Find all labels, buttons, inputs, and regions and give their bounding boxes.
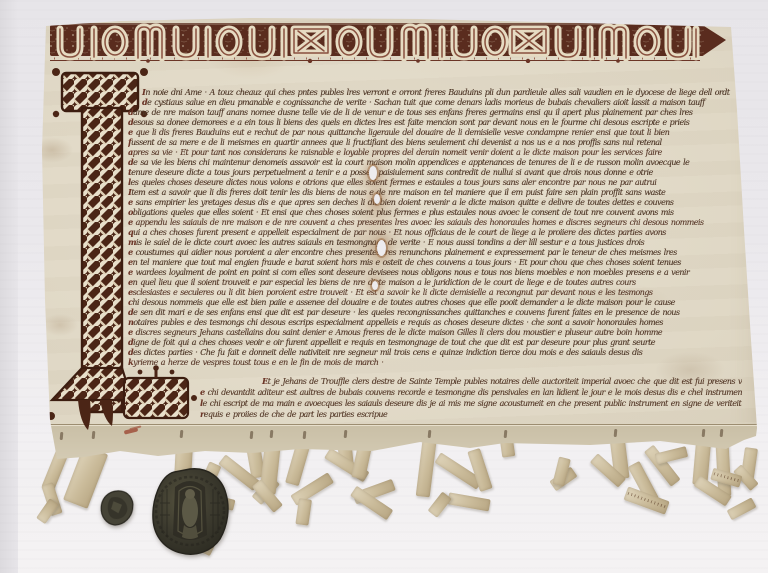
parchment-hole (377, 240, 386, 256)
notarial-line: Et je Jehans de Trouffle clers destre de… (200, 376, 742, 387)
manuscript-line: e que li dis freres Bauduins eut e rechu… (128, 127, 732, 137)
manuscript-line: In noie dni Ame · A touz cheauz qui ches… (128, 87, 738, 97)
charter-text-block: In noie dni Ame · A touz cheauz qui ches… (128, 87, 742, 367)
manuscript-line: des dictes parties · Che fu fait e donne… (128, 347, 737, 357)
seal-tag-strip (654, 446, 688, 464)
seal-tag-strip (416, 436, 437, 497)
manuscript-line: kyrieme a herze de vespres toust tous e … (128, 357, 552, 367)
manuscript-line: obligations queles que elles soient · Et… (128, 207, 742, 217)
manuscript-line: dame de nre maison tauff anans nomee dus… (128, 107, 737, 117)
notarial-line: e chi devantdit aditeur est aultres de b… (200, 387, 742, 398)
manuscript-line: les queles choses deseure dictes nous vo… (128, 177, 732, 187)
manuscript-line: de cystiaus salue en dieu pmanable e cog… (128, 97, 742, 107)
seal-tag-strip (428, 492, 452, 518)
manuscript-line: en tel maniere que tout mal engien fraud… (128, 257, 737, 267)
parchment-hole (369, 166, 377, 180)
manuscript-line: e coustumes qui aidier nous poroient a a… (128, 247, 742, 257)
notarial-line: requis e proiies de che de part les part… (200, 409, 650, 420)
manuscript-line: esclesiastes e seculeres ou li dit bien … (128, 287, 737, 297)
manuscript-line: notaires publes e des tesmongs chi desou… (128, 317, 737, 327)
seal-fragment (96, 486, 139, 534)
manuscript-line: tenure deseure dicte a tous jours perpet… (128, 167, 737, 177)
photo-backdrop: In noie dni Ame · A touz cheauz qui ches… (0, 0, 768, 573)
manuscript-line: e discres segneurs Jehans castellains do… (128, 327, 732, 337)
manuscript-line: digne de foit qui a ches choses veoir e … (128, 337, 742, 347)
manuscript-line: Item est a savoir que li dis freres doit… (128, 187, 742, 197)
manuscript-line: de sa vie les biens chi maintenur denome… (128, 157, 742, 167)
manuscript-line: de sen dit mari e de ses enfans ensi que… (128, 307, 742, 317)
parchment-hole (372, 281, 378, 290)
manuscript-line: fussent de sa mere e de li meismes en qu… (128, 137, 737, 147)
seal-tag-strip (295, 498, 311, 526)
wax-seal (150, 467, 230, 559)
manuscript-line: e sans empirier les yretages desus dis e… (128, 197, 737, 207)
seal-tag-strip (447, 492, 490, 511)
ornamental-header-band (48, 21, 728, 63)
manuscript-line: en quel lieu que il soient trouveit e pa… (128, 277, 732, 287)
parchment-hole (374, 194, 380, 204)
manuscript-line: qui a ches choses furent present e appel… (128, 227, 732, 237)
manuscript-line: e appendu les saiauls de nre maison e de… (128, 217, 742, 227)
manuscript-line: mis le saiel de le dicte court avoec les… (128, 237, 742, 247)
seal-tag-strip (727, 497, 757, 520)
notarial-line: le chi escript de ma main e avoecques le… (200, 398, 742, 409)
manuscript-line: chi desous nommeis que elle est bien pai… (128, 297, 742, 307)
manuscript-line: desous sa donee demorees e a ein tous li… (128, 117, 742, 127)
notarial-subscription: Et je Jehans de Trouffle clers destre de… (200, 376, 742, 420)
manuscript-line: apres sa vie · Et pour tant nos consider… (128, 147, 742, 157)
manuscript-line: e wardees loyalment de point en point si… (128, 267, 742, 277)
